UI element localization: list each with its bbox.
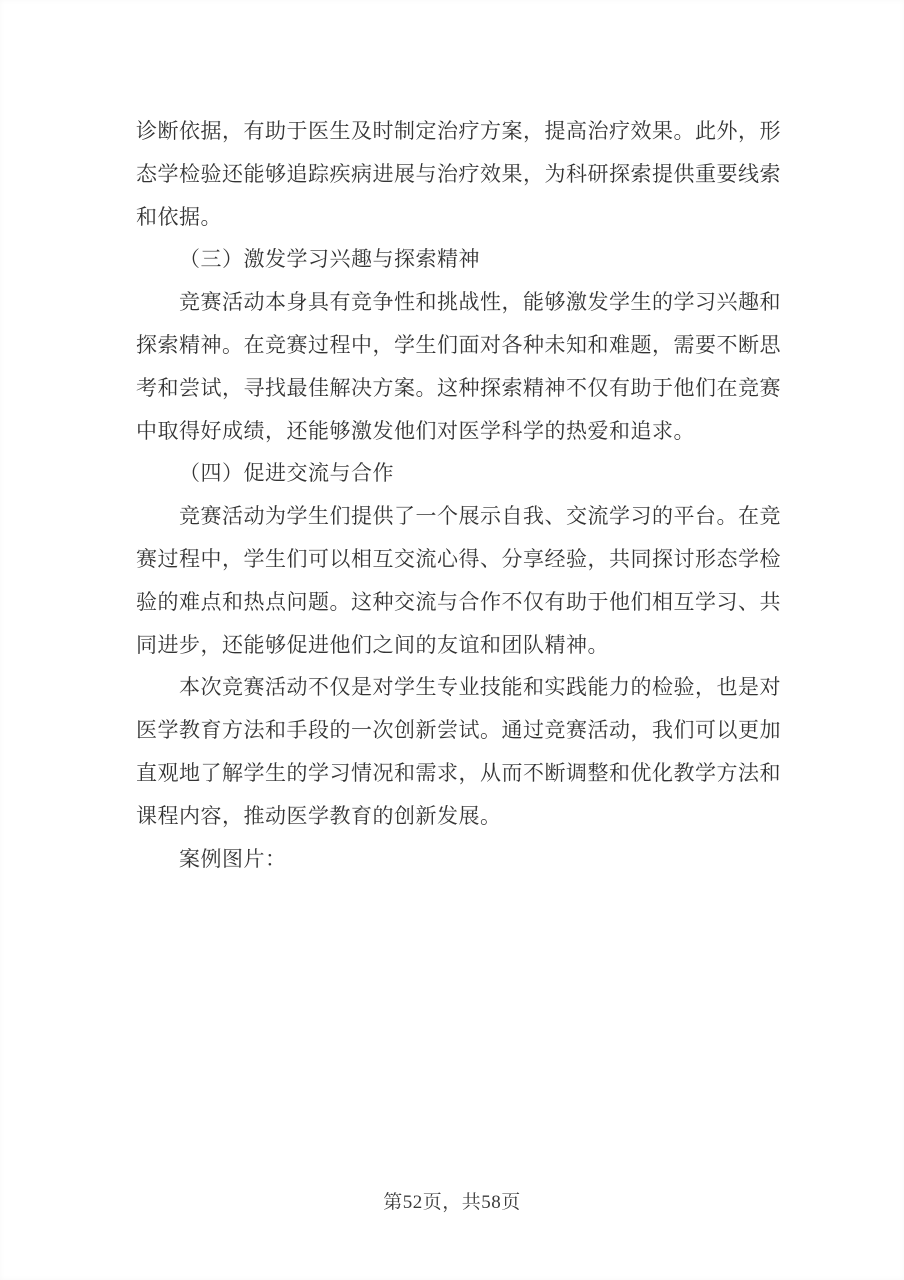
doc-line: 竞赛活动本身具有竞争性和挑战性，能够激发学生的学习兴趣和 xyxy=(136,281,768,324)
doc-line: 验的难点和热点问题。这种交流与合作不仅有助于他们相互学习、共 xyxy=(136,581,768,624)
doc-line: 赛过程中，学生们可以相互交流心得、分享经验，共同探讨形态学检 xyxy=(136,538,768,581)
doc-line: 课程内容，推动医学教育的创新发展。 xyxy=(136,795,768,838)
doc-line: 探索精神。在竞赛过程中，学生们面对各种未知和难题，需要不断思 xyxy=(136,324,768,367)
doc-line: 态学检验还能够追踪疾病进展与治疗效果，为科研探索提供重要线索 xyxy=(136,153,768,196)
doc-line: 案例图片： xyxy=(136,838,768,881)
page-number: 第52页，共58页 xyxy=(0,1190,904,1216)
doc-line: 竞赛活动为学生们提供了一个展示自我、交流学习的平台。在竞 xyxy=(136,495,768,538)
doc-line: 医学教育方法和手段的一次创新尝试。通过竞赛活动，我们可以更加 xyxy=(136,709,768,752)
doc-line: 和依据。 xyxy=(136,196,768,239)
section-heading: （四）促进交流与合作 xyxy=(136,452,768,495)
doc-line: 中取得好成绩，还能够激发他们对医学科学的热爱和追求。 xyxy=(136,410,768,453)
doc-line: 同进步，还能够促进他们之间的友谊和团队精神。 xyxy=(136,624,768,667)
document-page: 诊断依据，有助于医生及时制定治疗方案，提高治疗效果。此外，形 态学检验还能够追踪… xyxy=(0,0,904,1280)
doc-line: 直观地了解学生的学习情况和需求，从而不断调整和优化教学方法和 xyxy=(136,752,768,795)
doc-line: 考和尝试，寻找最佳解决方案。这种探索精神不仅有助于他们在竞赛 xyxy=(136,367,768,410)
section-heading: （三）激发学习兴趣与探索精神 xyxy=(136,238,768,281)
document-body: 诊断依据，有助于医生及时制定治疗方案，提高治疗效果。此外，形 态学检验还能够追踪… xyxy=(136,110,768,880)
doc-line: 本次竞赛活动不仅是对学生专业技能和实践能力的检验，也是对 xyxy=(136,666,768,709)
doc-line: 诊断依据，有助于医生及时制定治疗方案，提高治疗效果。此外，形 xyxy=(136,110,768,153)
